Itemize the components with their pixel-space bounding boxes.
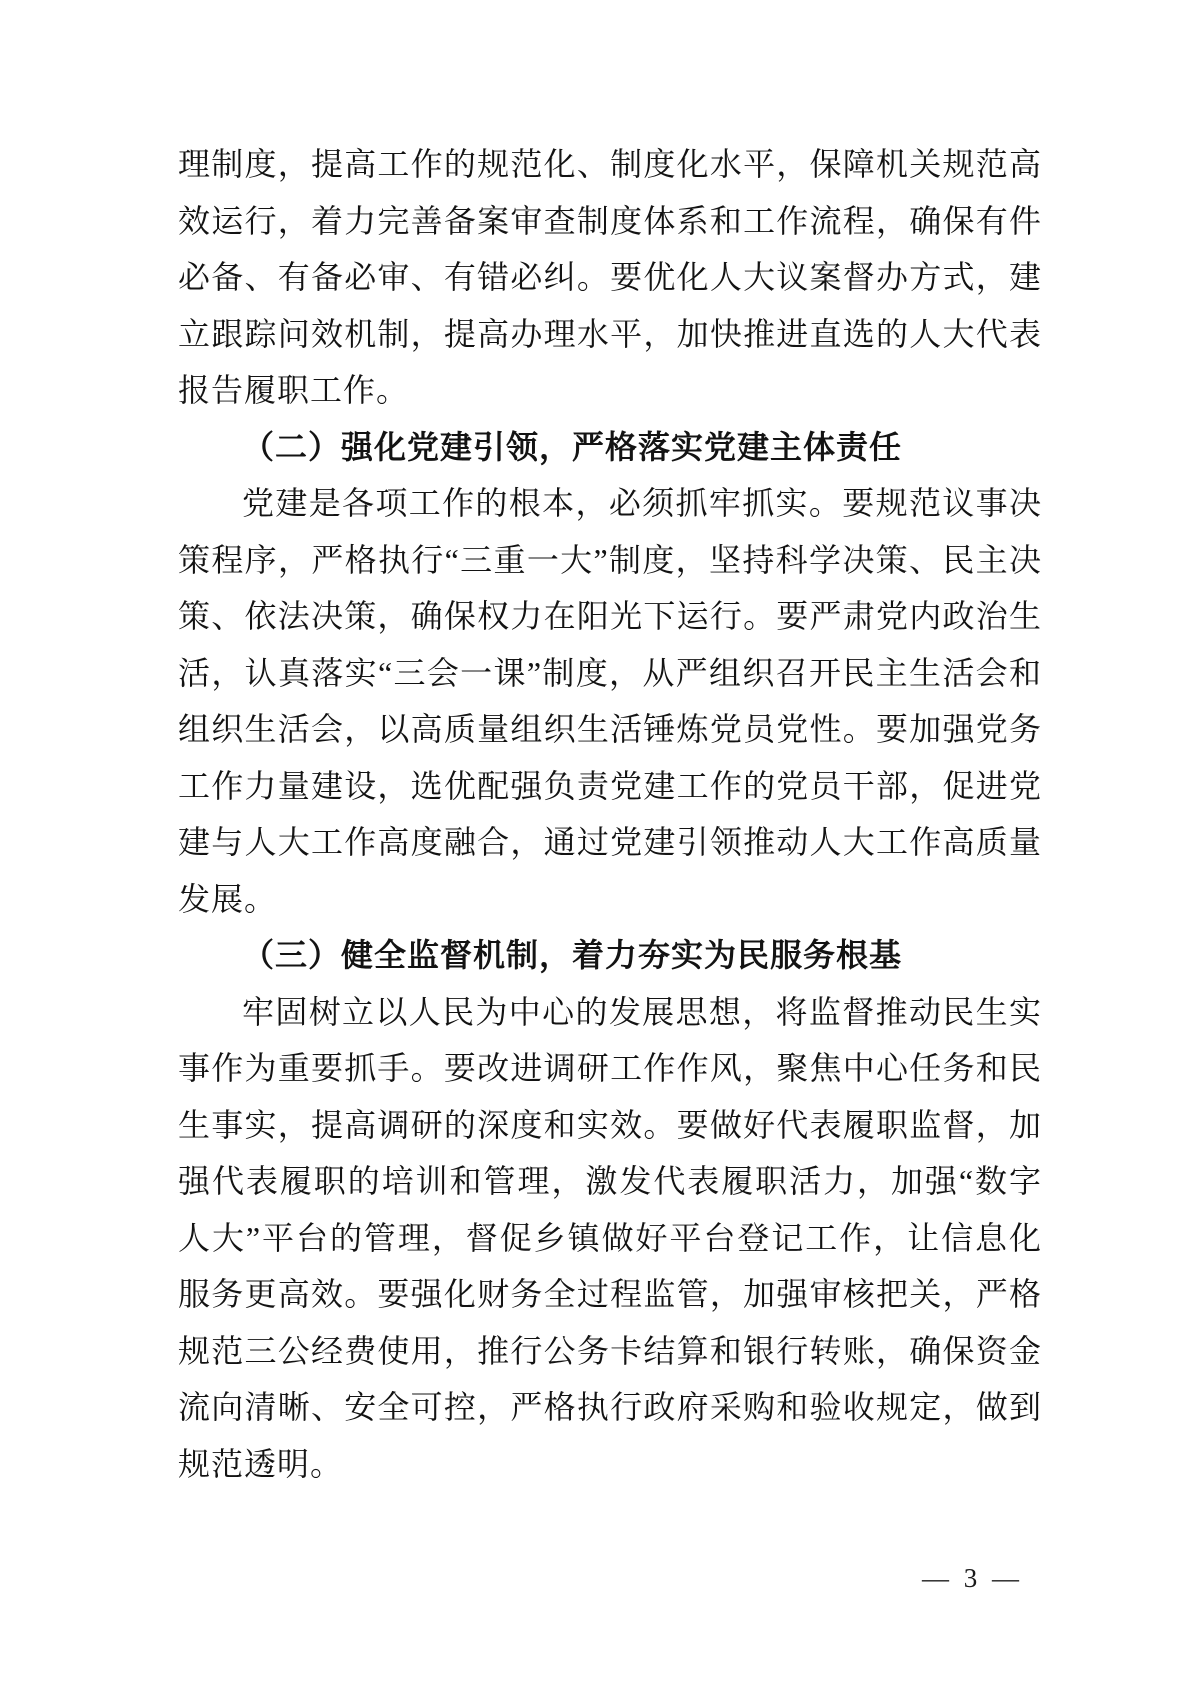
- section-heading-three: （三）健全监督机制，着力夯实为民服务根基: [178, 927, 1042, 984]
- document-page: 理制度，提高工作的规范化、制度化水平，保障机关规范高效运行，着力完善备案审查制度…: [0, 0, 1190, 1683]
- page-number: — 3 —: [922, 1563, 1042, 1594]
- paragraph-supervision: 牢固树立以人民为中心的发展思想，将监督推动民生实事作为重要抓手。要改进调研工作作…: [178, 984, 1042, 1493]
- paragraph-continuation: 理制度，提高工作的规范化、制度化水平，保障机关规范高效运行，着力完善备案审查制度…: [178, 136, 1042, 419]
- section-heading-two: （二）强化党建引领，严格落实党建主体责任: [178, 419, 1042, 476]
- paragraph-party-building: 党建是各项工作的根本，必须抓牢抓实。要规范议事决策程序，严格执行“三重一大”制度…: [178, 475, 1042, 927]
- document-body: 理制度，提高工作的规范化、制度化水平，保障机关规范高效运行，着力完善备案审查制度…: [178, 136, 1042, 1492]
